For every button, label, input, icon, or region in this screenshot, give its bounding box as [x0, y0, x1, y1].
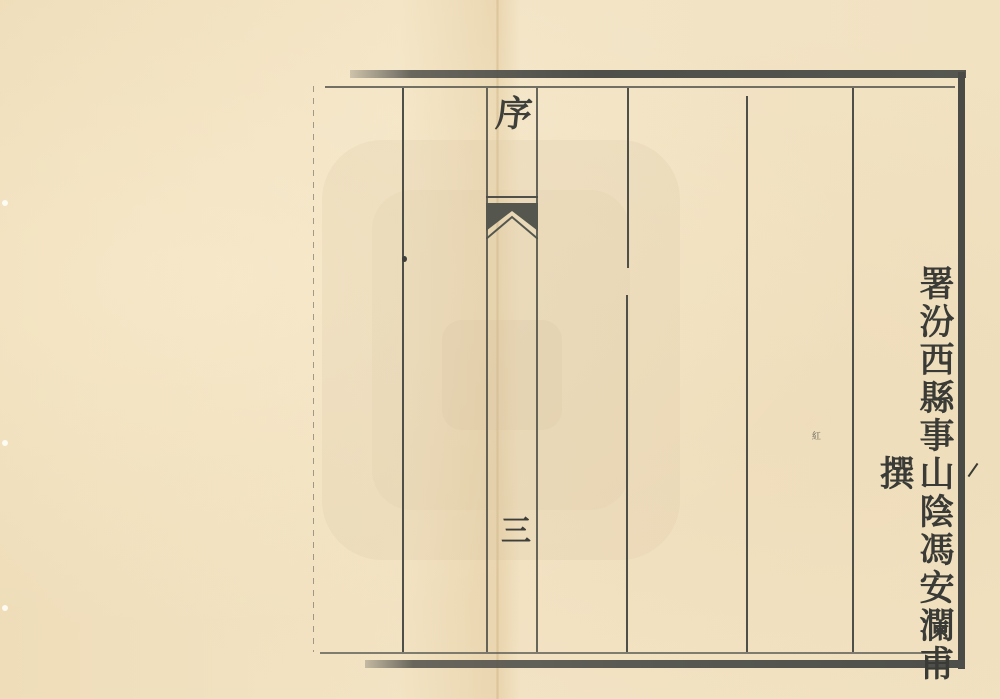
page-number: 三 — [496, 512, 536, 552]
column-line — [627, 88, 629, 268]
author-line: 署汾西縣事山陰馮安瀾甫撰 — [910, 248, 954, 699]
frame-bottom-rule — [320, 652, 948, 654]
binding-hole — [2, 200, 8, 206]
stray-ink-stroke — [968, 463, 979, 477]
frame-top-rule — [325, 86, 955, 88]
small-ink-mark: 紅 — [812, 432, 821, 442]
fishtail-mark-icon — [486, 203, 538, 239]
column-line — [486, 88, 488, 652]
frame-right-border — [958, 72, 965, 669]
frame-bottom-border — [365, 660, 965, 668]
ink-speck — [402, 256, 407, 262]
column-line — [852, 88, 854, 652]
column-line — [536, 88, 538, 652]
binding-hole — [2, 440, 8, 446]
fishtail-cap-rule — [486, 196, 538, 198]
frame-left-rule — [313, 86, 314, 652]
document-page: 序 三 署汾西縣事山陰馮安瀾甫撰 紅 — [0, 0, 1000, 699]
watermark-core — [442, 320, 562, 430]
column-line — [626, 295, 628, 652]
column-line — [746, 96, 748, 652]
section-title: 序 — [490, 92, 539, 136]
binding-hole — [2, 605, 8, 611]
frame-top-border — [350, 70, 966, 78]
column-line — [402, 88, 404, 652]
